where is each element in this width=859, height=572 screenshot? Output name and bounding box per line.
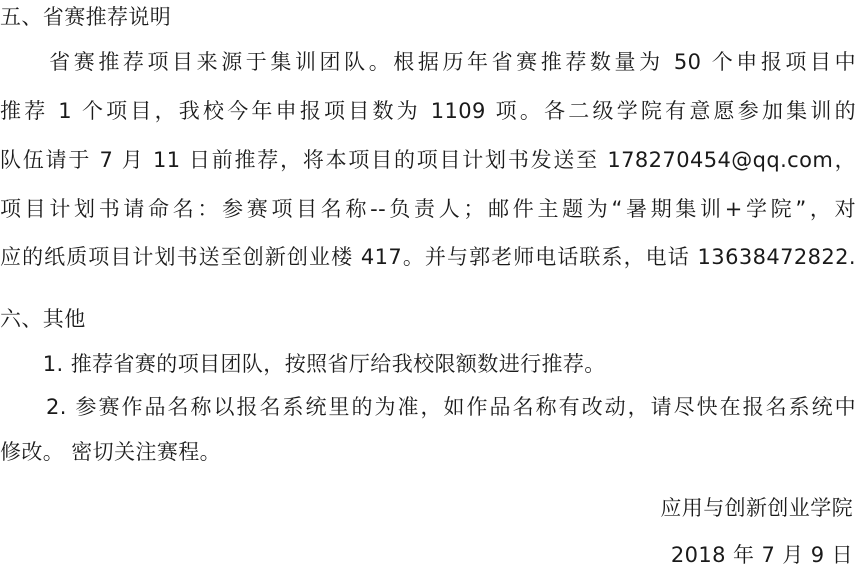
paragraph-line: 队伍请于 7 月 11 日前推荐，将本项目的项目计划书发送至 178270454… bbox=[0, 145, 856, 175]
signature-date: 2018 年 7 月 9 日 bbox=[671, 540, 853, 570]
list-item-1: 1. 推荐省赛的项目团队，按照省厅给我校限额数进行推荐。 bbox=[0, 349, 606, 379]
section-heading-6: 六、其他 bbox=[0, 304, 86, 334]
paragraph-line: 应的纸质项目计划书送至创新创业楼 417。并与郭老师电话联系，电话 136384… bbox=[0, 242, 856, 272]
paragraph-line: 推荐 1 个项目，我校今年申报项目数为 1109 项。各二级学院有意愿参加集训的 bbox=[0, 96, 856, 126]
paragraph-line: 项目计划书请命名：参赛项目名称--负责人；邮件主题为“暑期集训+学院”，对 bbox=[0, 194, 856, 224]
list-item-2: 2. 参赛作品名称以报名系统里的为准，如作品名称有改动，请尽快在报名系统中 bbox=[0, 392, 856, 422]
list-item-2-continuation: 修改。 密切关注赛程。 bbox=[0, 437, 221, 467]
section-heading-5: 五、省赛推荐说明 bbox=[0, 2, 171, 32]
paragraph-line: 省赛推荐项目来源于集训团队。根据历年省赛推荐数量为 50 个申报项目中 bbox=[0, 47, 856, 77]
signature-organization: 应用与创新创业学院 bbox=[660, 493, 853, 523]
